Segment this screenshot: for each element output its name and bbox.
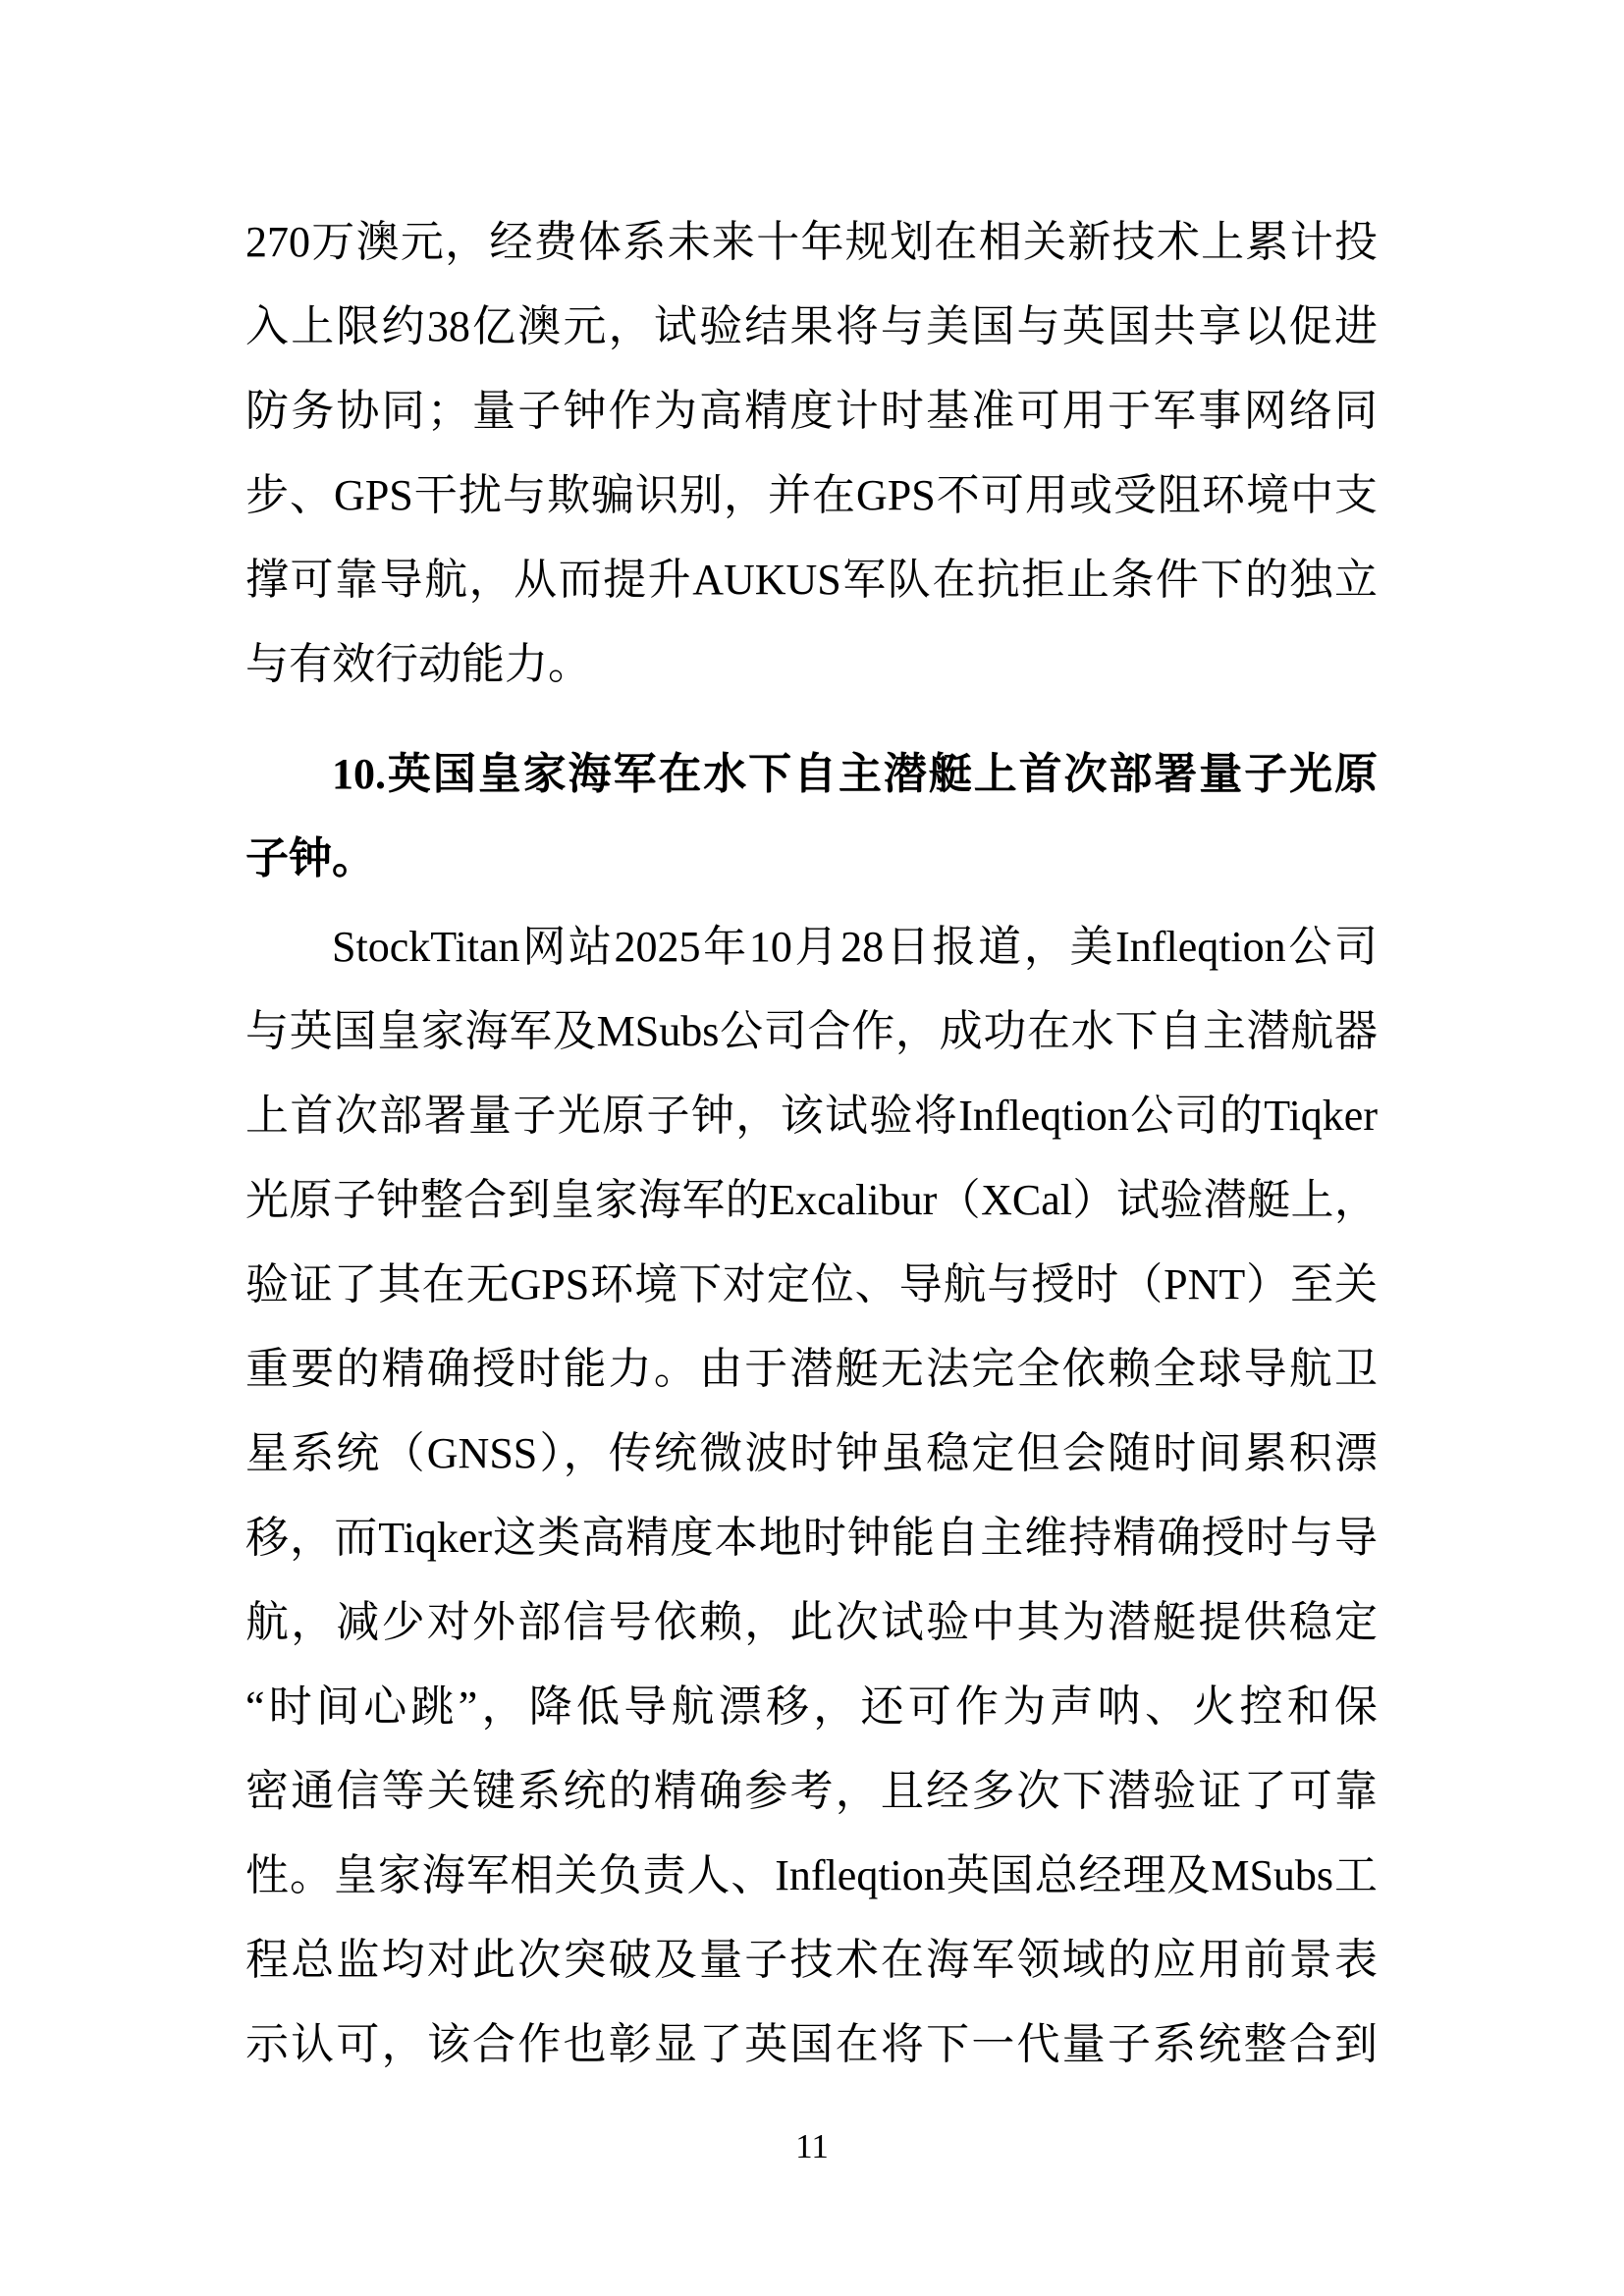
para2-line-6: 重要的精确授时能力。由于潜艇无法完全依赖全球导航卫	[245, 1327, 1378, 1412]
para1-line-6: 与有效行动能力。	[245, 622, 1378, 707]
para1-line-1: 270万澳元，经费体系未来十年规划在相关新技术上累计投	[245, 200, 1378, 285]
para2-line-5: 验证了其在无GPS环境下对定位、导航与授时（PNT）至关	[245, 1243, 1378, 1327]
para2-line-1: StockTitan网站2025年10月28日报道，美Infleqtion公司	[245, 905, 1378, 989]
heading-line-2: 子钟。	[245, 817, 1378, 901]
heading-line-1: 10.英国皇家海军在水下自主潜艇上首次部署量子光原	[245, 732, 1378, 817]
para2-line-4: 光原子钟整合到皇家海军的Excalibur（XCal）试验潜艇上，	[245, 1158, 1378, 1243]
para1-line-3: 防务协同；量子钟作为高精度计时基准可用于军事网络同	[245, 369, 1378, 454]
paragraph-main: StockTitan网站2025年10月28日报道，美Infleqtion公司 …	[245, 905, 1378, 2087]
para2-line-7: 星系统（GNSS），传统微波时钟虽稳定但会随时间累积漂	[245, 1412, 1378, 1496]
para2-line-3: 上首次部署量子光原子钟，该试验将Infleqtion公司的Tiqker	[245, 1074, 1378, 1158]
section-heading: 10.英国皇家海军在水下自主潜艇上首次部署量子光原 子钟。	[245, 732, 1378, 901]
para1-line-2: 入上限约38亿澳元，试验结果将与美国与英国共享以促进	[245, 285, 1378, 369]
paragraph-continuation: 270万澳元，经费体系未来十年规划在相关新技术上累计投 入上限约38亿澳元，试验…	[245, 200, 1378, 707]
para2-line-12: 性。皇家海军相关负责人、Infleqtion英国总经理及MSubs工	[245, 1834, 1378, 1918]
para2-line-14: 示认可，该合作也彰显了英国在将下一代量子系统整合到	[245, 2002, 1378, 2087]
para2-line-10: “时间心跳”，降低导航漂移，还可作为声呐、火控和保	[245, 1665, 1378, 1749]
para2-line-13: 程总监均对此次突破及量子技术在海军领域的应用前景表	[245, 1918, 1378, 2002]
document-page: 270万澳元，经费体系未来十年规划在相关新技术上累计投 入上限约38亿澳元，试验…	[0, 0, 1624, 2296]
para1-line-5: 撑可靠导航，从而提升AUKUS军队在抗拒止条件下的独立	[245, 538, 1378, 622]
para1-line-4: 步、GPS干扰与欺骗识别，并在GPS不可用或受阻环境中支	[245, 454, 1378, 538]
text-block: 270万澳元，经费体系未来十年规划在相关新技术上累计投 入上限约38亿澳元，试验…	[245, 200, 1378, 2087]
para2-line-2: 与英国皇家海军及MSubs公司合作，成功在水下自主潜航器	[245, 989, 1378, 1074]
para2-line-11: 密通信等关键系统的精确参考，且经多次下潜验证了可靠	[245, 1749, 1378, 1834]
page-number: 11	[0, 2126, 1624, 2167]
para2-line-8: 移，而Tiqker这类高精度本地时钟能自主维持精确授时与导	[245, 1496, 1378, 1580]
para2-line-9: 航，减少对外部信号依赖，此次试验中其为潜艇提供稳定	[245, 1580, 1378, 1665]
